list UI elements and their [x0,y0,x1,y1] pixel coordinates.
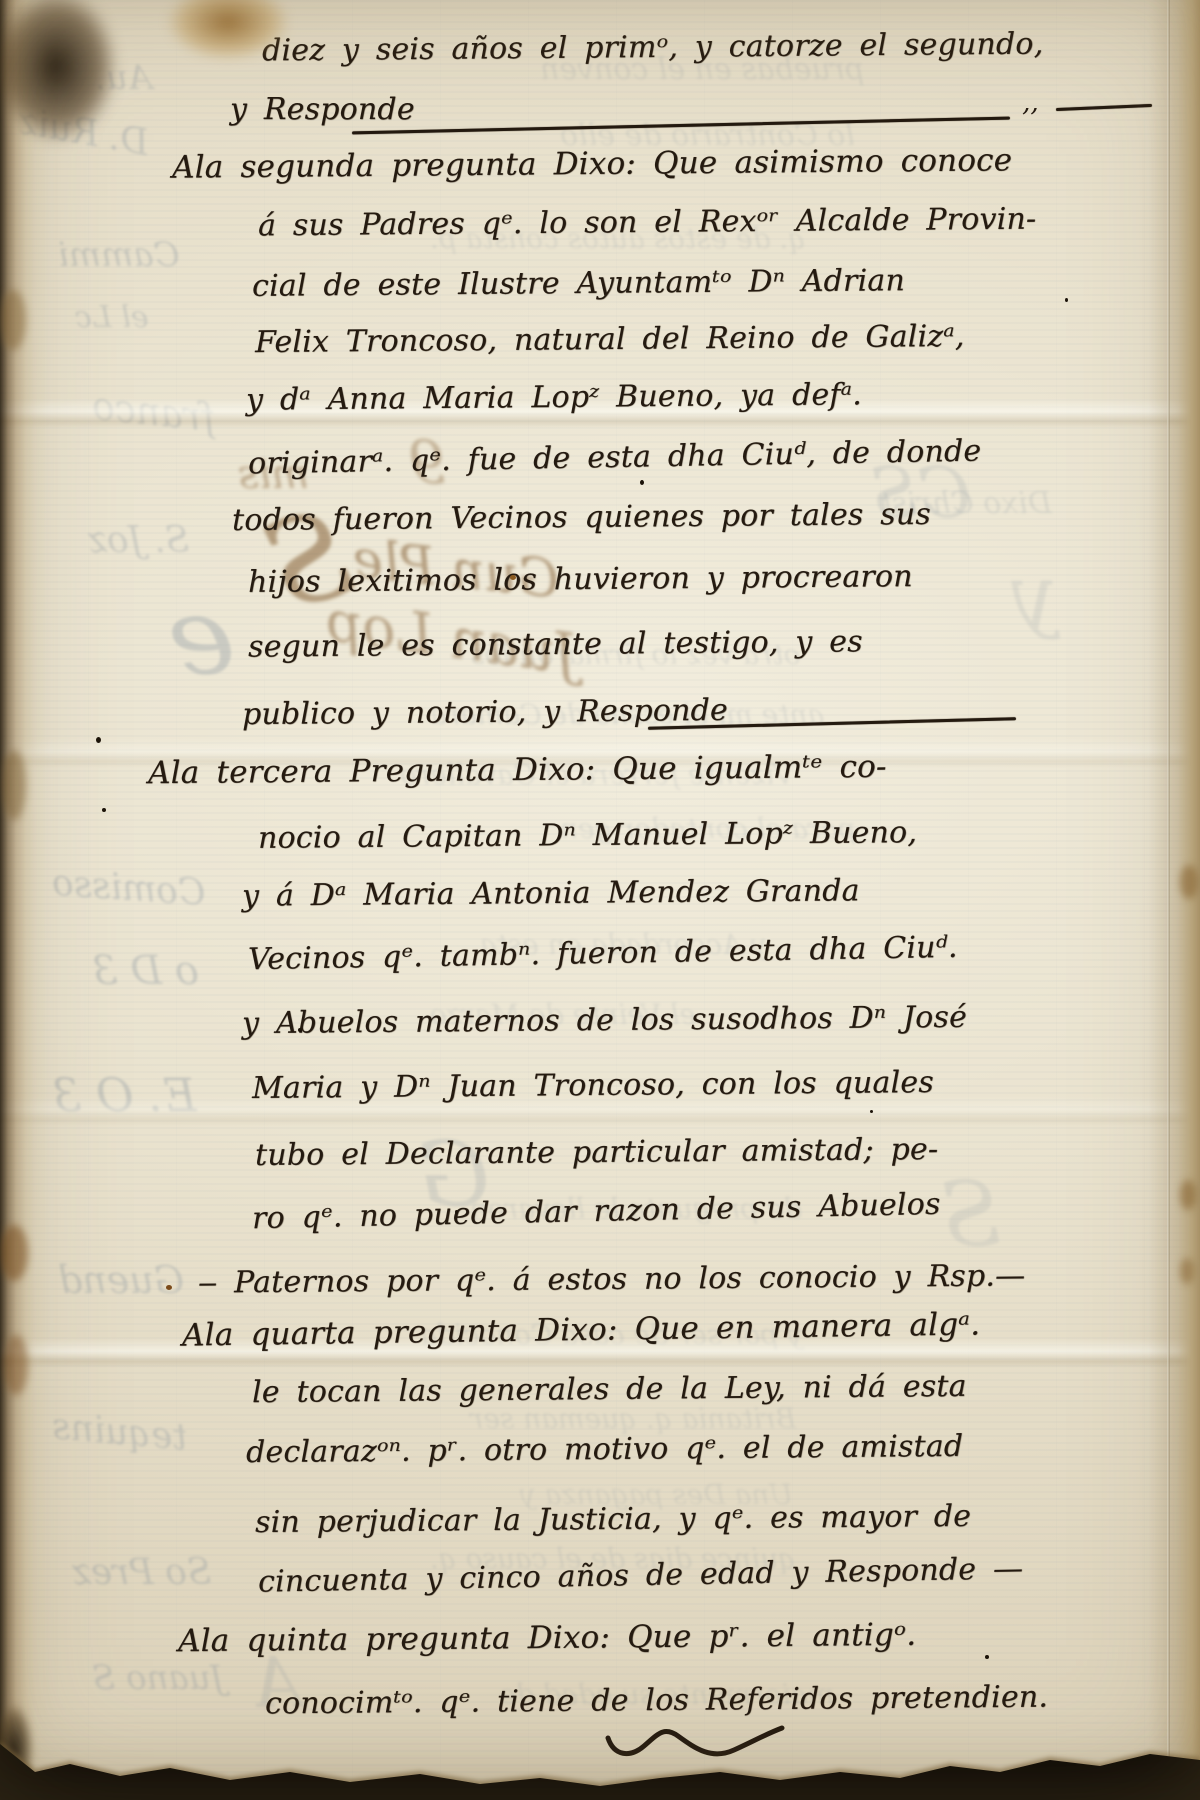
ink-speck [510,575,516,580]
manuscript-line: todos fueron Vecinos quienes por tales s… [232,497,931,538]
ink-speck [870,1110,873,1113]
ink-speck [1065,298,1068,302]
ink-speck [298,1028,302,1032]
ghost-writing-fragment: S. Joz [88,520,189,561]
torn-edge-bottom [0,1738,1200,1800]
manuscript-line: segun le es constante al testigo, y es [248,624,863,664]
manuscript-line: cincuenta y cinco años de edad y Respond… [258,1551,1024,1599]
manuscript-line: Ala tercera Pregunta Dixo: Que igualmᵗᵉ … [148,749,887,791]
ink-rule [352,117,1010,135]
manuscript-line: hijos lexitimos los huvieron y procrearo… [248,559,913,600]
manuscript-line: y á Dᵃ Maria Antonia Mendez Granda [242,873,860,913]
ghost-writing-fragment: Au. [95,58,152,98]
manuscript-line: originarᵃ. qᵉ. fue de esta dha Ciuᵈ, de … [248,434,982,482]
ghost-writing-fragment: el Lc [75,300,149,335]
right-fold-crease [1167,0,1170,1800]
edge-stain [0,1225,28,1281]
manuscript-line: cial de este Ilustre Ayuntamᵗᵒ Dⁿ Adrian [252,263,905,304]
left-deckle-edge [0,0,48,1800]
manuscript-line: le tocan las generales de la Ley, ni dá … [252,1369,967,1410]
ink-speck [96,737,101,743]
ghost-writing-fragment: So Prez [72,1552,211,1593]
ghost-writing-fragment: tequins [50,1406,188,1459]
manuscript-line: diez y seis años el primᵒ, y catorze el … [262,27,1044,69]
manuscript-line: Vecinos qᵉ. tambⁿ. fueron de esta dha Ci… [248,930,958,977]
ink-speck [985,1655,989,1659]
manuscript-line: tubo el Declarante particular amistad; p… [255,1132,938,1173]
edge-stain [1180,1180,1196,1210]
right-page-edge [1148,0,1200,1800]
edge-stain [2,750,26,820]
manuscript-line: Felix Troncoso, natural del Reino de Gal… [255,319,965,360]
manuscript-line: ro qᵉ. no puede dar razon de sus Abuelos [252,1187,941,1236]
burnt-corner-top-left [0,0,136,166]
ghost-writing-fragment: franco [90,384,217,441]
manuscript-line: Ala quarta pregunta Dixo: Que en manera … [182,1306,981,1353]
ink-speck [455,1210,458,1214]
ghost-writing-fragment: o D 3 [92,948,199,994]
ink-speck [166,1285,172,1290]
ghost-writing-fragment: D. Ruiz [15,101,151,164]
manuscript-line: Maria y Dⁿ Juan Troncoso, con los quales [252,1065,934,1106]
ink-speck [102,808,106,812]
ghost-writing-fragment: Juano S [92,1658,224,1698]
ghost-writing-fragment: Comisso [51,863,207,915]
ghost-writing-fragment: Cammi [58,235,180,275]
manuscript-line: á sus Padres qᵉ. lo son el Rexᵒʳ Alcalde… [258,202,1037,244]
edge-stain [1180,865,1198,899]
manuscript-line: declarazᵒⁿ. pʳ. otro motivo qᵉ. el de am… [246,1429,964,1470]
edge-stain [4,1335,28,1395]
ink-speck [640,480,644,485]
edge-stain [1180,1258,1194,1284]
manuscript-line: Ala segunda pregunta Dixo: Que asimismo … [172,142,1013,185]
ghost-writing-fragment: e [159,568,241,704]
ink-rule [1056,104,1152,111]
edge-stain [0,290,26,350]
ghost-writing-fragment: E. O 3 [52,1068,196,1122]
manuscript-line: Ala quinta pregunta Dixo: Que pʳ. el ant… [178,1617,916,1659]
manuscript-line: y Abuelos maternos de los susodhos Dⁿ Jo… [242,1000,967,1041]
manuscript-line: y dᵃ Anna Maria Lopᶻ Bueno, ya defᵃ. [246,377,862,417]
manuscript-line: y Responde [230,92,415,127]
manuscript-line: sin perjudicar la Justicia, y qᵉ. es may… [255,1499,971,1540]
ditto-mark: ‚‚ [1022,88,1039,118]
manuscript-line: nocio al Capitan Dⁿ Manuel Lopᶻ Bueno, [258,815,917,856]
manuscript-page: D. RuizAu.Cammiel LcfrancoS. JozComissoo… [0,0,1200,1800]
ghost-writing-fragment: Guend [58,1258,184,1302]
manuscript-line: ‒ Paternos por qᵉ. á estos no los conoci… [198,1258,1026,1300]
ghost-writing-fragment: y [1012,548,1057,641]
ghost-writing-fragment: S [940,1162,1002,1267]
